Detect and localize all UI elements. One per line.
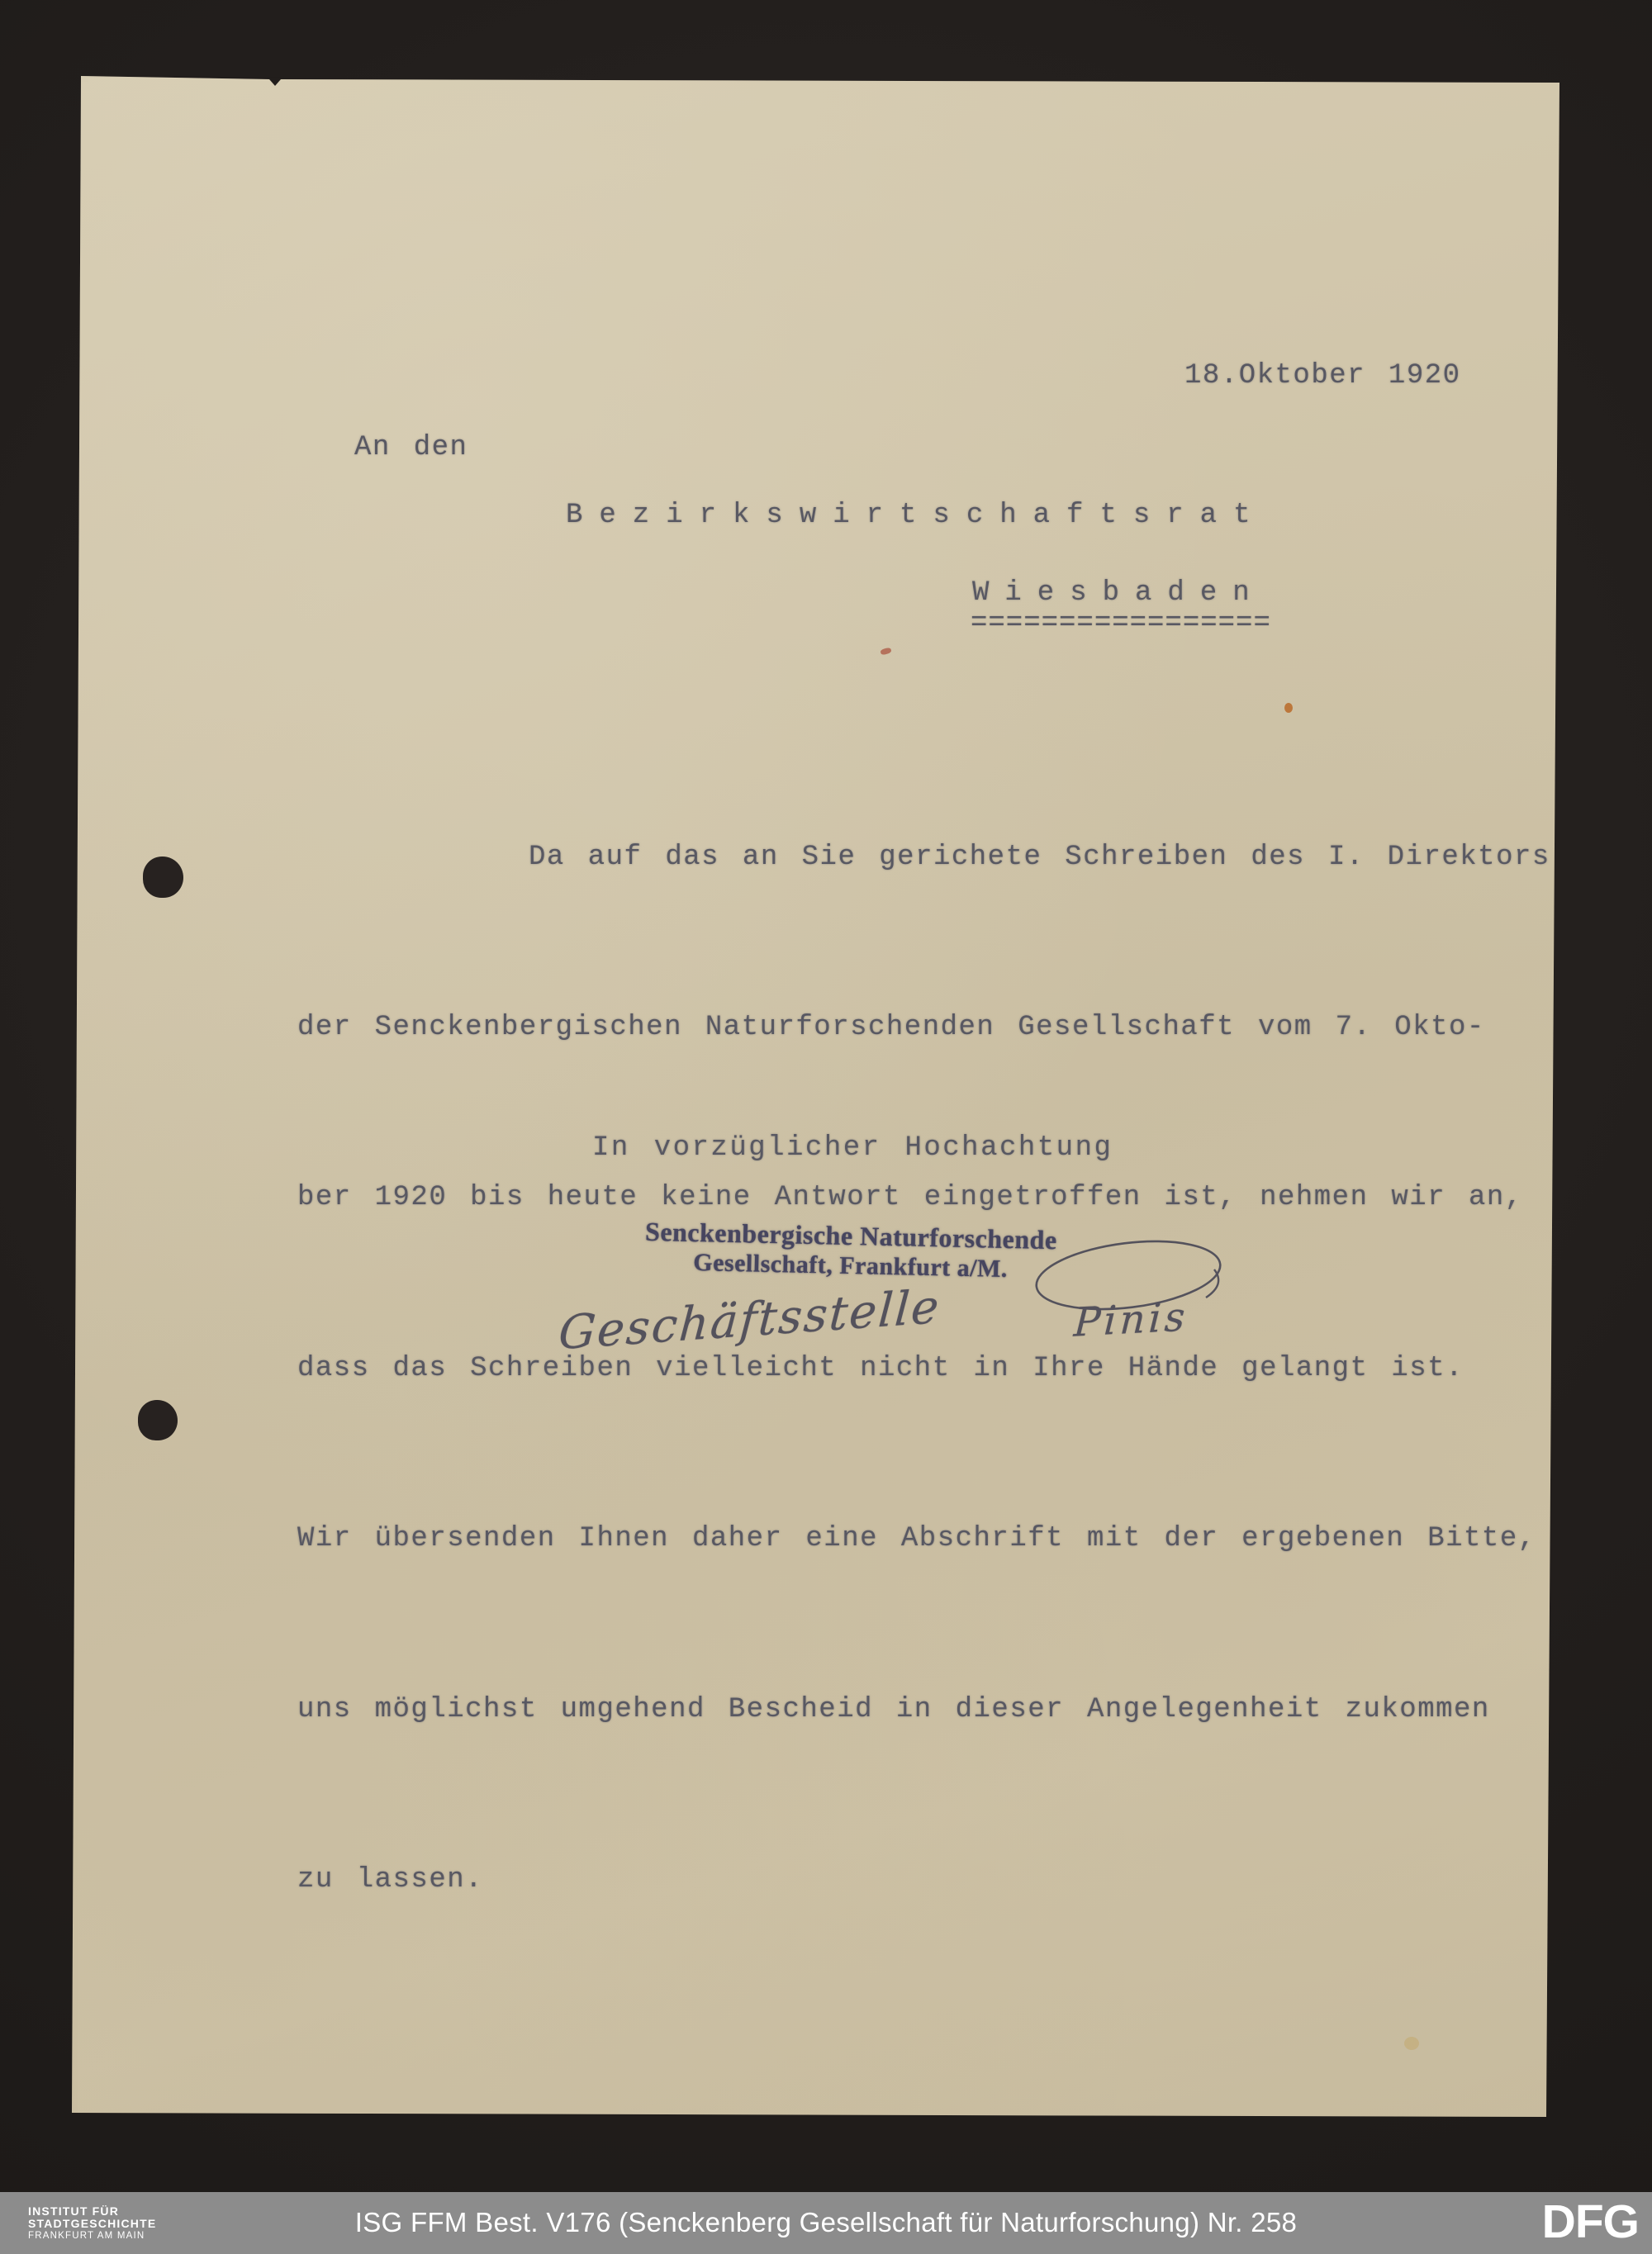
paper-stain-yellow [1404,2037,1419,2050]
body-line: Wir übersenden Ihnen daher eine Abschrif… [297,1511,1553,1568]
body-line: dass das Schreiben vielleicht nicht in I… [297,1341,1553,1397]
letter-body: Da auf das an Sie gerichete Schreiben de… [297,715,1553,1966]
recipient-name: Bezirkswirtschaftsrat [566,500,1266,531]
body-line: uns möglichst umgehend Bescheid in diese… [297,1682,1553,1739]
body-line: ber 1920 bis heute keine Antwort eingetr… [297,1170,1553,1227]
organization-stamp: Senckenbergische Naturforschende Gesells… [610,1216,1090,1286]
body-line: Da auf das an Sie gerichete Schreiben de… [297,829,1553,886]
archive-reference: ISG FFM Best. V176 (Senckenberg Gesellsc… [0,2207,1652,2238]
letter-closing: In vorzüglicher Hochachtung [592,1132,1113,1164]
letter-date: 18.Oktober 1920 [1184,360,1461,391]
punch-hole-top [143,857,183,898]
body-line: der Senckenbergischen Naturforschenden G… [297,999,1553,1056]
signature: Pinis [1023,1232,1246,1364]
recipient-salutation: An den [354,432,468,463]
archive-footer-bar: INSTITUT FÜR STADTGESCHICHTE FRANKFURT A… [0,2192,1652,2254]
dfg-logo: DFG [1542,2195,1639,2249]
paper-stain-orange [1284,703,1293,713]
punch-hole-bottom [138,1400,178,1440]
recipient-city: Wiesbaden [972,577,1265,609]
signature-name: Pinis [1073,1293,1189,1345]
recipient-underline: ================= [971,608,1271,639]
body-line: zu lassen. [297,1852,1553,1909]
